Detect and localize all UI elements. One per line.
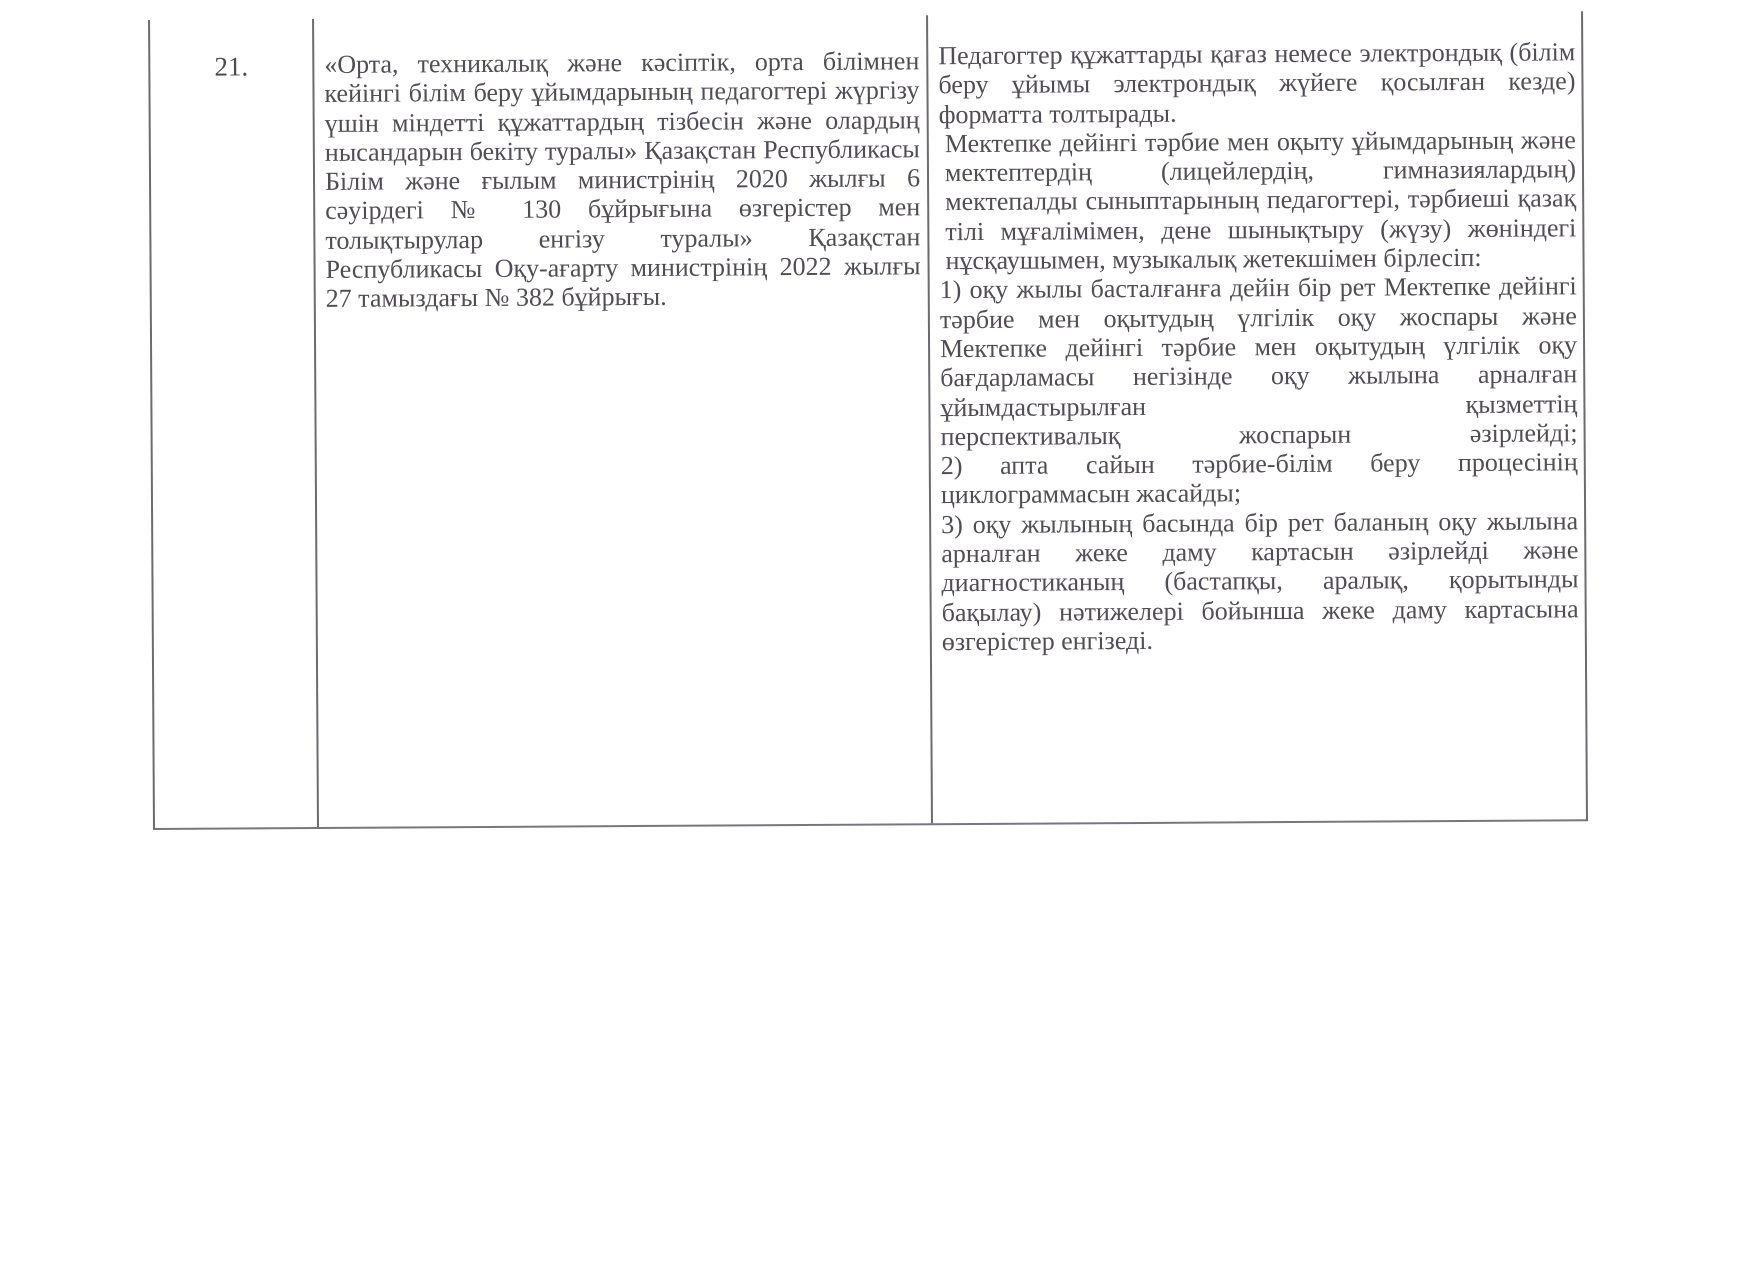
document-name-cell: «Орта, техникалық және кәсіптік, орта бі…	[312, 15, 931, 827]
description-item-3: 3) оқу жылының басында бір рет баланың о…	[941, 506, 1579, 656]
description-item-2: 2) апта сайын тәрбие-білім беру процесін…	[941, 447, 1578, 509]
description-cell: Педагогтер құжаттарды қағаз немесе элект…	[926, 11, 1586, 823]
description-item-1: 1) оқу жылы басталғанға дейін бір рет Ме…	[940, 272, 1578, 422]
description-paragraph-teachers: Мектепке дейінгі тәрбие мен оқыту ұйымда…	[939, 125, 1577, 275]
description-item-1-end: перспективалық жоспарын әзірлейді;	[941, 418, 1578, 451]
description-paragraph-format: Педагогтер құжаттарды қағаз немесе элект…	[938, 37, 1576, 129]
regulation-table: 21. «Орта, техникалық және кәсіптік, орт…	[148, 11, 1588, 830]
description-text: Педагогтер құжаттарды қағаз немесе элект…	[938, 37, 1579, 656]
document-page: 21. «Орта, техникалық және кәсіптік, орт…	[0, 0, 1755, 1276]
row-number: 21.	[150, 51, 312, 83]
number-cell: 21.	[150, 19, 317, 828]
document-name-text: «Орта, техникалық және кәсіптік, орта бі…	[324, 46, 921, 313]
